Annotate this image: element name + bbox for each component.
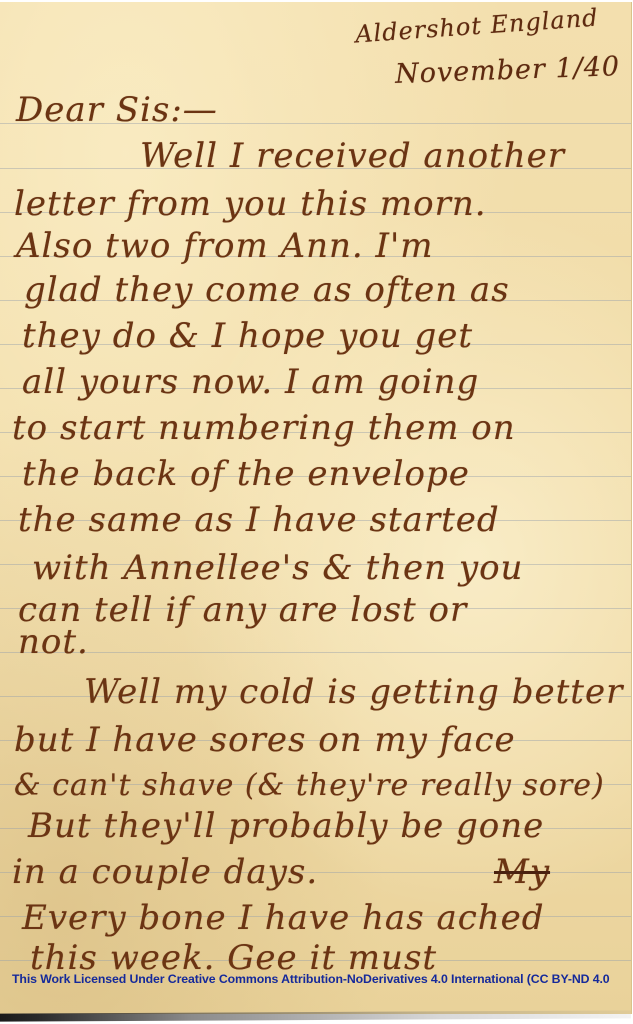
letter-line: Well I received another [140,136,565,176]
letter-line: glad they come as often as [24,270,510,310]
letter-line: Also two from Ann. I'm [16,226,434,266]
letter-line: & can't shave (& they're really sore) [14,768,605,803]
letter-line: letter from you this morn. [14,184,487,224]
license-notice: This Work Licensed Under Creative Common… [12,972,610,986]
letter-line: all yours now. I am going [22,362,479,402]
letter-line: Every bone I have has ached [22,898,545,938]
letter-line: with Annellee's & then you [32,548,523,588]
letter-line: the back of the envelope [22,454,470,494]
letter-line: they do & I hope you get [22,316,473,356]
letter-line: Well my cold is getting better [84,672,623,712]
struck-word: My [494,852,550,892]
letter-line: to start numbering them on [12,408,516,448]
letter-line: but I have sores on my face [14,720,516,760]
letter-line: not. [18,622,89,662]
letter-line: in a couple days. [12,852,318,892]
letter-line: the same as I have started [18,500,500,540]
ruled-line [0,652,631,653]
letter-line: But they'll probably be gone [28,806,544,846]
letter-scan: Aldershot England November 1/40 Dear Sis… [0,0,633,1024]
salutation: Dear Sis:— [16,90,218,130]
